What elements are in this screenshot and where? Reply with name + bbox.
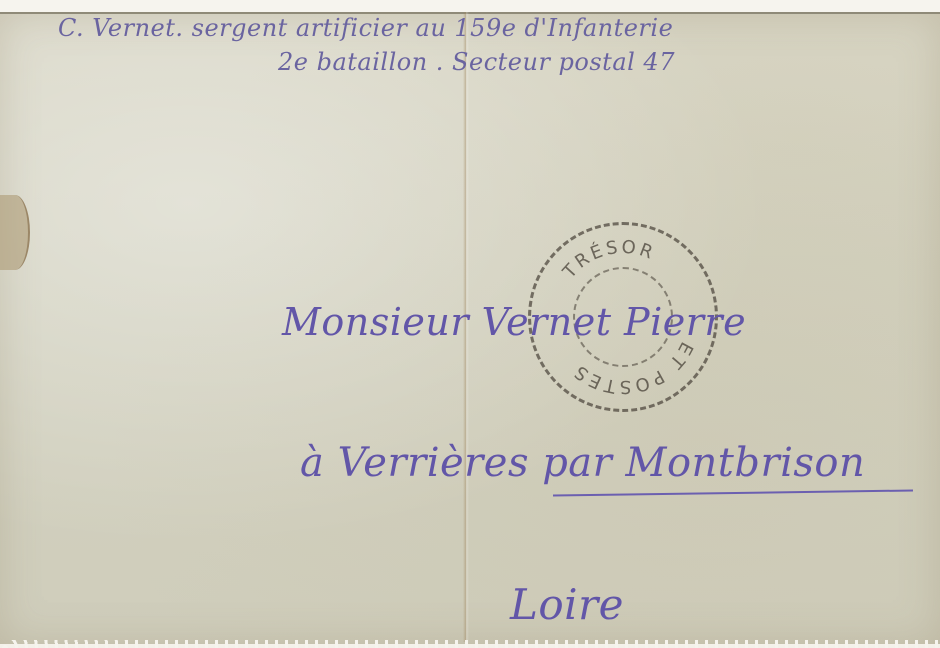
recipient-name: Monsieur Vernet Pierre bbox=[282, 300, 746, 344]
recipient-region: Loire bbox=[510, 580, 624, 629]
postmark-bottom-text: ET POSTES bbox=[569, 338, 697, 397]
recipient-town: à Verrières par Montbrison bbox=[300, 440, 865, 486]
edge-stain bbox=[0, 195, 30, 270]
perforated-edge bbox=[0, 640, 940, 648]
svg-text:TRÉSOR: TRÉSOR bbox=[558, 237, 658, 284]
sender-line-1: C. Vernet. sergent artificier au 159e d'… bbox=[58, 14, 673, 42]
postmark-top-text: TRÉSOR bbox=[558, 237, 658, 284]
svg-text:ET POSTES: ET POSTES bbox=[569, 338, 697, 397]
sender-line-2: 2e bataillon . Secteur postal 47 bbox=[278, 48, 675, 76]
